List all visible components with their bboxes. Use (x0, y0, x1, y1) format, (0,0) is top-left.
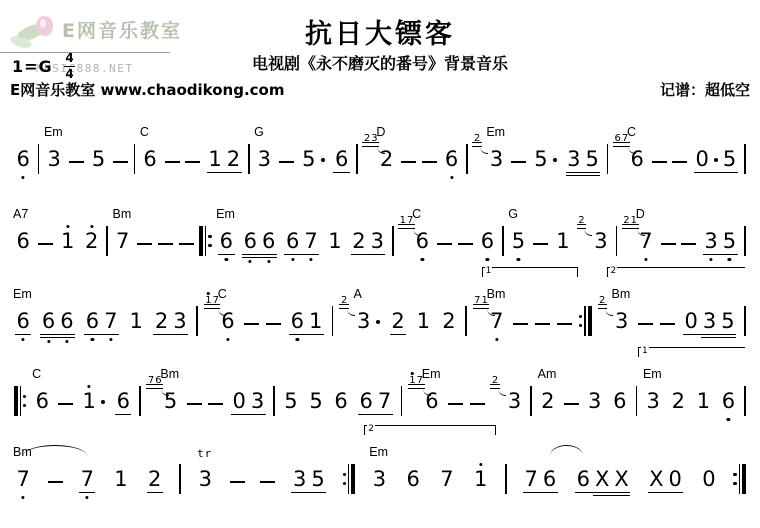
note-digit: 1 (80, 391, 98, 412)
note-group: 2 (82, 231, 100, 252)
barline-thick (742, 464, 746, 494)
low-octave-dot (644, 258, 647, 261)
note-group: 7 (78, 469, 96, 490)
note-group: 5 (307, 391, 325, 412)
note-group: X0 (647, 469, 685, 490)
note-digit: 1 (414, 311, 432, 332)
barline (392, 226, 394, 252)
note-digit: 6 (332, 391, 350, 412)
barline-thin (348, 464, 349, 494)
note-digit: 3 (613, 311, 631, 332)
duration-dash-mark (470, 403, 485, 405)
note-digit: 2 (224, 149, 242, 170)
low-octave-dot (226, 338, 229, 341)
note-digit: 1 (471, 469, 489, 490)
note-digit: X (647, 469, 666, 490)
note-digit: 6 (288, 311, 306, 332)
note-digit: 2 (669, 391, 687, 412)
note-group: 76Bm5 (161, 391, 179, 412)
note-digit: 6 (332, 149, 350, 170)
note-digit: 0 (700, 469, 718, 490)
repeat-dots (343, 466, 346, 492)
chord-label: A (353, 287, 361, 301)
beam-group: 1 (112, 469, 130, 490)
beam-group: 6 (33, 391, 51, 412)
note-group: 5 (89, 149, 107, 170)
note-digit: 5 (307, 391, 325, 412)
note-group: 21D7 (637, 231, 655, 252)
note-digit: 5 (720, 149, 738, 170)
beam-group: 12 (206, 149, 243, 170)
note-group: 6 (719, 391, 737, 412)
beam-group: 6 (219, 311, 237, 332)
duration-dash (165, 161, 180, 170)
barline-single (273, 386, 275, 416)
beam-group: 6 (332, 149, 350, 170)
grace-digit: 2 (623, 216, 630, 226)
note-group: 17Em6 (423, 391, 441, 412)
beam-group: 2 (389, 311, 407, 332)
high-octave-dot (90, 225, 93, 228)
note-digit: 5 (720, 231, 738, 252)
beam-group: 66 (241, 231, 278, 252)
note-group: Em6 (14, 311, 32, 332)
note-digit: 5 (300, 149, 318, 170)
duration-dash-mark (661, 243, 676, 245)
note-group: 35 (565, 149, 602, 170)
beam-group: 35 (565, 149, 602, 170)
beam-group: 3 (592, 231, 610, 252)
low-octave-dot (91, 338, 94, 341)
duration-dash (458, 243, 473, 252)
beam-group: 6 (404, 469, 422, 490)
grace-digit: 2 (491, 376, 498, 386)
chord-label: Em (13, 287, 32, 301)
note-digit: 3 (370, 469, 388, 490)
beam-group: 2 (377, 149, 395, 170)
beam-group: X0 (647, 469, 685, 490)
note-digit: 7 (102, 311, 120, 332)
duration-dash (179, 243, 194, 252)
note-group: Am2 (539, 391, 557, 412)
note-digit: 2 (152, 311, 170, 332)
note-group: 1 (414, 311, 432, 332)
chord-label: Em (44, 125, 63, 139)
duration-dash-mark (458, 243, 473, 245)
beam-group: 3 (613, 311, 631, 332)
barline-single (392, 226, 394, 256)
tie-arc (23, 445, 87, 456)
note-group: 2 (440, 311, 458, 332)
note-digit: 6 (58, 311, 76, 332)
note-digit: 6 (259, 231, 277, 252)
beam-group: 5 (89, 149, 107, 170)
note-group: 7 (438, 469, 456, 490)
barline (579, 306, 591, 332)
chord-label: D (376, 125, 385, 139)
barline-single (607, 144, 609, 174)
barline (248, 144, 250, 170)
note-digit: 3 (290, 469, 308, 490)
duration-dash-mark (38, 243, 53, 245)
note-group: 6 (611, 391, 629, 412)
note-group: 3 (586, 391, 604, 412)
note-group: 66 (241, 231, 278, 252)
barline-single (530, 386, 532, 416)
duration-dash-mark (660, 323, 675, 325)
duration-dash (244, 323, 259, 332)
note-digit: 5 (161, 391, 179, 412)
beam-group: 6 (14, 149, 32, 170)
duration-dash-mark (638, 323, 653, 325)
augmentation-dot (321, 158, 325, 162)
chord-label: Bm (113, 207, 132, 221)
duration-dash (185, 161, 200, 170)
grace-digit: 2 (473, 134, 480, 144)
note-group: 67 (83, 311, 120, 332)
barline (196, 306, 198, 332)
duration-dash (557, 323, 572, 332)
low-octave-dot (249, 260, 252, 263)
note-group: 23 (152, 311, 189, 332)
barline-single (744, 226, 746, 256)
beam-group: 67 (283, 231, 320, 252)
note-digit: 3 (700, 311, 718, 332)
duration-dash-mark (448, 403, 463, 405)
barline-single (179, 464, 181, 494)
note-digit: 1 (206, 149, 224, 170)
chord-label: Em (369, 445, 388, 459)
note-group: G5 (509, 231, 527, 252)
barline-single (466, 144, 468, 174)
note-group: 2Bm3 (613, 311, 631, 332)
transcriber: 记谱：超低空 (660, 79, 750, 100)
barline-thick (14, 386, 18, 416)
note-digit: 3 (255, 149, 273, 170)
chord-label: Em (643, 367, 662, 381)
note-digit: 3 (171, 311, 189, 332)
note-group: 6 (332, 391, 350, 412)
duration-dash-mark (137, 243, 152, 245)
score-line: Em6666712317C6612A321271Bm72Bm303512 (14, 302, 746, 332)
barline-single (505, 464, 507, 494)
barline (332, 306, 334, 332)
note-group: 23 (350, 231, 387, 252)
sixteenth-beam-run: 35 (700, 311, 737, 332)
chord-label: Bm (160, 367, 179, 381)
barline (744, 226, 746, 252)
low-octave-dot (309, 258, 312, 261)
note-group: 1 (554, 231, 572, 252)
chord-label: C (32, 367, 41, 381)
note-group: 05 (693, 149, 739, 170)
note-group: 5 (532, 149, 559, 170)
beam-group: 76 (522, 469, 559, 490)
low-octave-dot (727, 418, 730, 421)
duration-dash-mark (260, 481, 275, 483)
note-group: 1 (127, 311, 145, 332)
grace-digit: 2 (340, 296, 347, 306)
barline (134, 144, 136, 170)
beam-group: 7 (488, 311, 506, 332)
note-digit: 2 (440, 311, 458, 332)
note-group: 12 (206, 149, 243, 170)
chord-label: G (508, 207, 518, 221)
note-group: C6 (141, 149, 159, 170)
volta-bracket: 1 (482, 267, 578, 277)
chord-label: Bm (487, 287, 506, 301)
volta-bracket: 1 (638, 347, 745, 357)
duration-dash-mark (58, 403, 73, 405)
note-digit: 7 (302, 231, 320, 252)
note-digit: 0 (693, 149, 711, 170)
note-group: 71Bm7 (488, 311, 506, 332)
beam-group: 5 (300, 149, 327, 170)
note-group: C6 (33, 391, 51, 412)
duration-dash (158, 243, 173, 252)
low-octave-dot (109, 338, 112, 341)
note-digit: 6 (628, 149, 646, 170)
note-digit: 7 (114, 231, 132, 252)
duration-dash-mark (279, 161, 294, 163)
note-digit: 1 (694, 391, 712, 412)
note-digit: 3 (368, 231, 386, 252)
beam-group: 67 (357, 391, 394, 412)
tie-arc (550, 445, 584, 456)
note-digit: 2 (82, 231, 100, 252)
note-digit: 1 (112, 469, 130, 490)
note-digit: 6 (141, 149, 159, 170)
note-group: 76 (522, 469, 559, 490)
chord-label: C (218, 287, 227, 301)
beam-group: 1 (80, 391, 107, 412)
note-digit: 6 (83, 311, 101, 332)
duration-dash-mark (401, 161, 416, 163)
beam-group: 6 (217, 231, 235, 252)
duration-dash-mark (266, 323, 281, 325)
score-line: Bm7712tr335Em3671766XXX002 (14, 460, 746, 490)
note-digit: 5 (309, 469, 327, 490)
barline-single (332, 306, 334, 336)
duration-dash (513, 323, 528, 332)
note-digit: 7 (375, 391, 393, 412)
beam-group: 7 (78, 469, 96, 490)
note-digit: X (592, 469, 611, 490)
beam-group: 5 (282, 391, 300, 412)
sixteenth-beam-run: 66 (39, 311, 76, 332)
barline (744, 306, 746, 332)
note-digit: 1 (59, 231, 77, 252)
duration-dash-mark (672, 161, 687, 163)
barline (179, 464, 181, 490)
barline (530, 386, 532, 412)
low-octave-dot (486, 258, 489, 261)
note-group: 2 (389, 311, 407, 332)
grace-notes: 2 (339, 296, 348, 316)
barline-single (502, 226, 504, 256)
note-digit: 3 (354, 311, 372, 332)
repeat-dots (733, 466, 736, 492)
beam-group: 6 (114, 391, 132, 412)
site-line: E网音乐教室 www.chaodikong.com (10, 79, 284, 100)
beam-group: 2 (82, 231, 100, 252)
note-group: tr3 (196, 469, 214, 490)
note-digit: 3 (565, 149, 583, 170)
chord-label: Am (538, 367, 557, 381)
duration-dash (260, 481, 275, 490)
low-octave-dot (296, 338, 299, 341)
chord-label: Em (486, 125, 505, 139)
note-digit: 6 (14, 231, 32, 252)
note-group: 66 (39, 311, 76, 332)
note-digit: 6 (478, 231, 496, 252)
note-group: Bm7 (114, 231, 132, 252)
grace-digit: 1 (205, 296, 212, 306)
note-digit: 1 (127, 311, 145, 332)
barline (607, 144, 609, 170)
grace-digit: 2 (599, 296, 606, 306)
note-group: 2A3 (354, 311, 381, 332)
note-digit: 1 (326, 231, 344, 252)
chord-label: Bm (612, 287, 631, 301)
grace-notes: 2 (490, 376, 499, 396)
duration-dash (113, 161, 128, 170)
beam-group: 6 (611, 391, 629, 412)
note-digit: 0 (666, 469, 684, 490)
duration-dash (661, 243, 676, 252)
sheet-music-page: E网音乐教室 MUSIC888.NET 1=G 4 4 抗日大镖客 电视剧《永不… (0, 0, 760, 528)
note-group: G3 (255, 149, 273, 170)
duration-dash (48, 481, 63, 490)
beam-group: 7 (438, 469, 456, 490)
beam-group: 035 (682, 311, 737, 332)
chord-label: C (412, 207, 421, 221)
beam-group: 23 (350, 231, 387, 252)
beam-group: 7 (114, 231, 132, 252)
volta-bracket: 2 (607, 267, 745, 277)
note-group: 17C6 (413, 231, 431, 252)
duration-dash (58, 403, 73, 412)
note-digit: 5 (282, 391, 300, 412)
note-digit: 6 (14, 311, 32, 332)
barline (616, 226, 618, 252)
duration-dash (638, 323, 653, 332)
note-group: 6 (114, 391, 132, 412)
beam-group: 3 (45, 149, 63, 170)
beam-group: 03 (230, 391, 267, 412)
note-group: 1 (59, 231, 77, 252)
note-group: 23 (592, 231, 610, 252)
low-octave-dot (267, 260, 270, 263)
duration-dash (564, 403, 579, 412)
barline (343, 464, 355, 490)
beam-group: 6 (141, 149, 159, 170)
note-group: Em3 (644, 391, 662, 412)
barline-single (465, 306, 467, 336)
duration-dash-mark (535, 323, 550, 325)
duration-dash (279, 161, 294, 170)
note-group: 1 (471, 469, 489, 490)
note-group: 5 (282, 391, 300, 412)
beam-group: 1 (694, 391, 712, 412)
barline-single (356, 144, 358, 174)
note-digit: 6 (283, 231, 301, 252)
beam-group: 7 (14, 469, 32, 490)
note-digit: 1 (554, 231, 572, 252)
note-digit: 3 (505, 391, 523, 412)
barline (356, 144, 358, 170)
duration-dash (470, 403, 485, 412)
barline-thin (205, 226, 206, 256)
duration-dash-mark (533, 243, 548, 245)
barline (14, 386, 26, 412)
note-digit: 6 (540, 469, 558, 490)
note-digit: 5 (509, 231, 527, 252)
duration-dash (137, 243, 152, 252)
barline (505, 464, 507, 490)
duration-dash-mark (681, 243, 696, 245)
beam-group: 6 (413, 231, 431, 252)
low-octave-dot (450, 176, 453, 179)
note-group: 0 (700, 469, 718, 490)
note-digit: 6 (114, 391, 132, 412)
low-octave-dot (225, 258, 228, 261)
note-group: 23 (505, 391, 523, 412)
duration-dash (208, 403, 223, 412)
duration-dash-mark (185, 161, 200, 163)
barline (199, 226, 211, 252)
grace-digit: 6 (614, 134, 621, 144)
note-digit: 7 (438, 469, 456, 490)
note-group: 6 (478, 231, 496, 252)
beam-group: 1 (127, 311, 145, 332)
trill-mark: tr (197, 447, 212, 460)
note-group: 035 (682, 311, 737, 332)
barline-single (401, 386, 403, 416)
low-octave-dot (291, 258, 294, 261)
note-digit: 3 (702, 231, 720, 252)
note-digit: 6 (574, 469, 592, 490)
duration-dash-mark (511, 161, 526, 163)
grace-digit: 7 (147, 376, 154, 386)
barline-thick (351, 464, 355, 494)
high-octave-dot (66, 225, 69, 228)
beam-group: 5 (509, 231, 527, 252)
note-digit: 6 (241, 231, 259, 252)
grace-digit: 2 (578, 216, 585, 226)
low-octave-dot (47, 340, 50, 343)
barline (38, 144, 40, 170)
beam-group: 2 (669, 391, 687, 412)
beam-group: 6 (478, 231, 496, 252)
low-octave-dot (22, 338, 25, 341)
barline-thin (739, 464, 740, 494)
duration-dash-mark (564, 403, 579, 405)
barline-single (38, 144, 40, 174)
note-group: 35 (702, 231, 739, 252)
beam-group: 5 (161, 391, 179, 412)
duration-dash-mark (158, 243, 173, 245)
low-octave-dot (517, 258, 520, 261)
barline-single (248, 144, 250, 174)
low-octave-dot (86, 496, 89, 499)
note-group: 17C6 (219, 311, 237, 332)
note-digit: 7 (522, 469, 540, 490)
duration-dash-mark (69, 161, 84, 163)
beam-group: 6 (14, 231, 32, 252)
note-digit: 3 (487, 149, 505, 170)
beam-group: 67 (83, 311, 120, 332)
